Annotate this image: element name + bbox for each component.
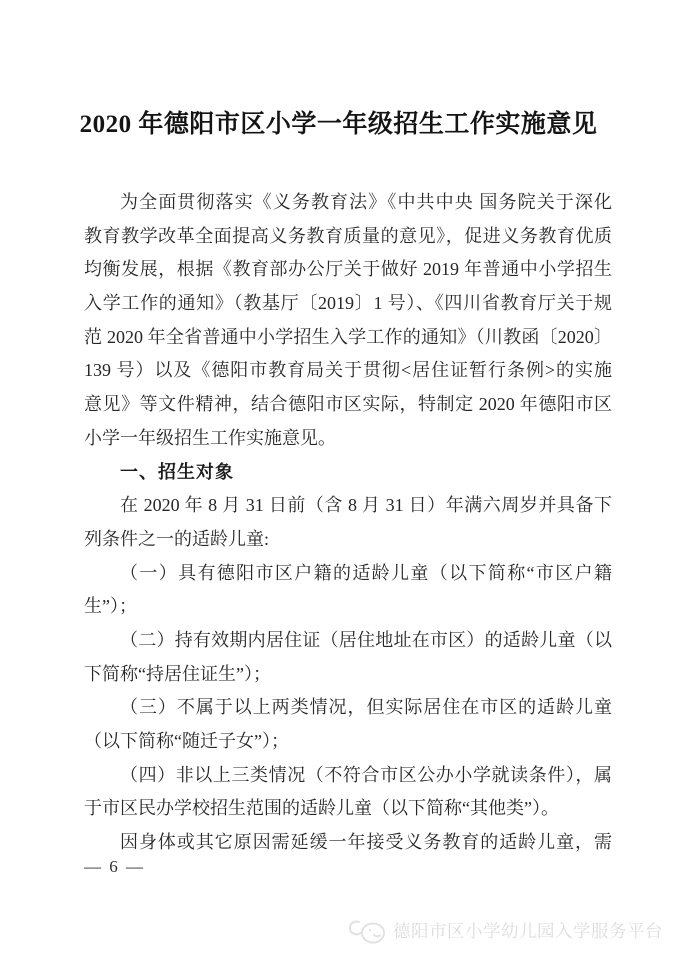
body-line: 下简称“持居住证生”）； — [84, 658, 612, 692]
body-line: 均衡发展，根据《教育部办公厅关于做好 2019 年普通中小学招生 — [84, 253, 612, 287]
body-line: （四）非以上三类情况（不符合市区公办小学就读条件），属 — [84, 759, 612, 793]
document-title: 2020 年德阳市区小学一年级招生工作实施意见 — [0, 104, 677, 140]
body-line: 列条件之一的适龄儿童: — [84, 523, 612, 557]
body-line: 在 2020 年 8 月 31 日前（含 8 月 31 日）年满六周岁并具备下 — [84, 489, 612, 523]
body-line: 生”）； — [84, 590, 612, 624]
body-line: （二）持有效期内居住证（居住地址在市区）的适龄儿童（以 — [84, 624, 612, 658]
section-heading-enrollment-targets: 一、招生对象 — [84, 456, 612, 490]
body-line: 教育教学改革全面提高义务教育质量的意见》，促进义务教育优质 — [84, 220, 612, 254]
body-line: 范 2020 年全省普通中小学招生入学工作的通知》（川教函〔2020〕 — [84, 321, 612, 355]
body-line: （以下简称“随迁子女”）； — [84, 725, 612, 759]
body-line: 入学工作的通知》（教基厅〔2019〕1 号）、《四川省教育厅关于规 — [84, 287, 612, 321]
watermark-text: 德阳市区小学幼儿园入学服务平台 — [393, 918, 663, 943]
platform-logo-icon — [348, 913, 388, 947]
body-line: 小学一年级招生工作实施意见。 — [84, 422, 612, 456]
body-line: 于市区民办学校招生范围的适龄儿童（以下简称“其他类”）。 — [84, 792, 612, 826]
body-line: （一）具有德阳市区户籍的适龄儿童（以下简称“市区户籍 — [84, 557, 612, 591]
body-line: 为全面贯彻落实《义务教育法》《中共中央 国务院关于深化 — [84, 186, 612, 220]
body-line: 139 号）以及《德阳市教育局关于贯彻<居住证暂行条例>的实施 — [84, 354, 612, 388]
page-number: — 6 — — [84, 855, 145, 879]
document-body: 为全面贯彻落实《义务教育法》《中共中央 国务院关于深化 教育教学改革全面提高义务… — [84, 186, 612, 860]
body-line: 因身体或其它原因需延缓一年接受义务教育的适龄儿童，需 — [84, 826, 612, 860]
body-line: 意见》等文件精神，结合德阳市区实际，特制定 2020 年德阳市区 — [84, 388, 612, 422]
body-line: （三）不属于以上两类情况，但实际居住在市区的适龄儿童 — [84, 691, 612, 725]
watermark: 德阳市区小学幼儿园入学服务平台 — [348, 911, 663, 949]
document-page: 2020 年德阳市区小学一年级招生工作实施意见 为全面贯彻落实《义务教育法》《中… — [0, 0, 677, 957]
